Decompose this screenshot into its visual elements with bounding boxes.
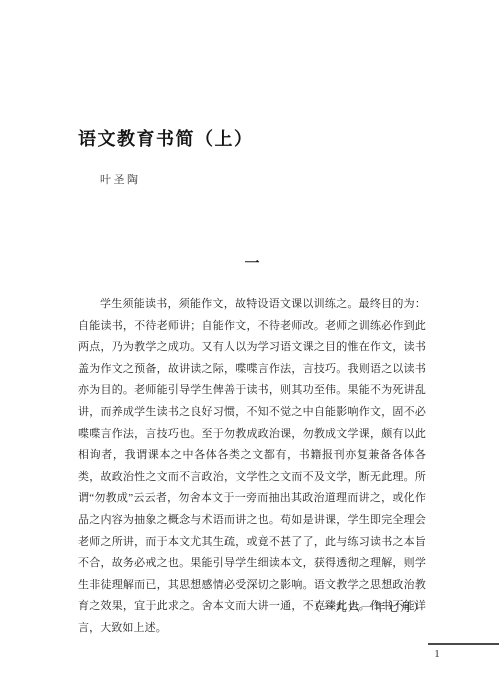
book-page: 语文教育书简（上） 叶圣陶 一 学生须能读书，须能作文，故特设语文课以训练之。最… [0,0,499,689]
chapter-title: 语文教育书简（上） [78,125,254,151]
body-paragraph: 学生须能读书，须能作文，故特设语文课以训练之。最终目的为：自能读书，不待老师讲；… [78,294,426,640]
date-line: （一九六一年七月） [78,599,426,615]
author-name: 叶圣陶 [100,171,141,187]
section-number: 一 [78,252,426,273]
page-number: 1 [428,648,446,660]
footer-rule [428,643,499,645]
